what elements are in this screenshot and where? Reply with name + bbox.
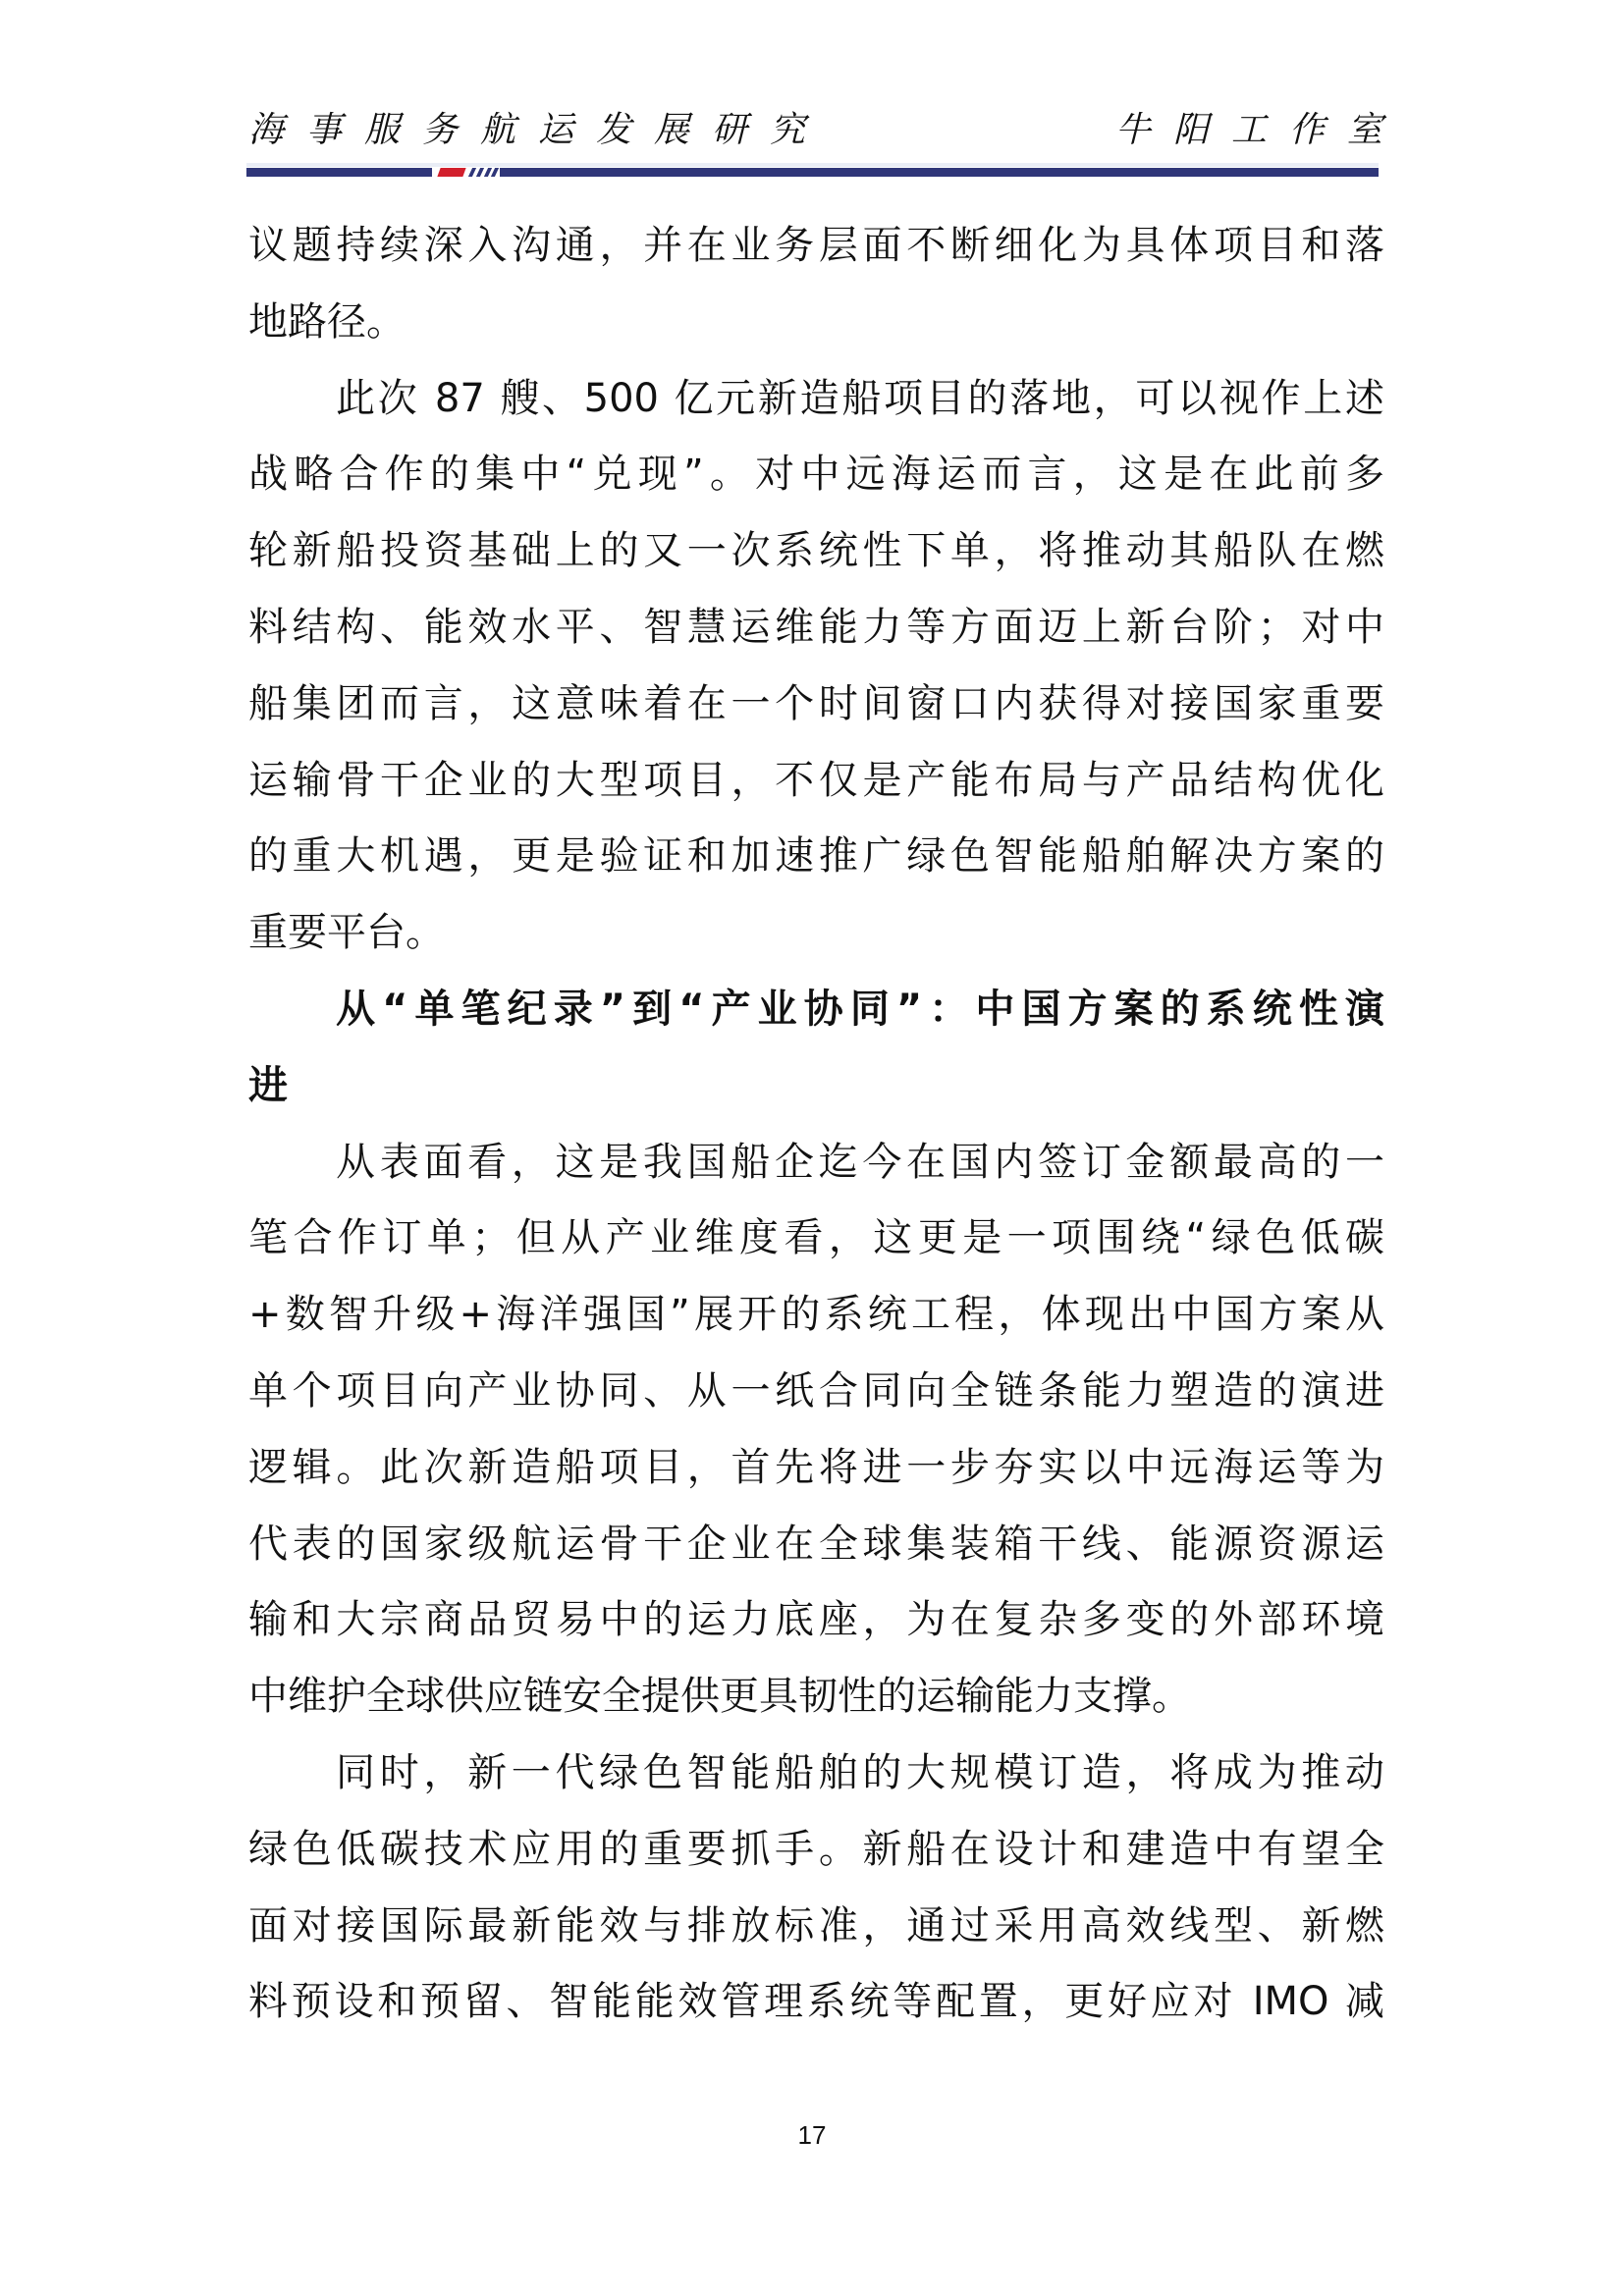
text-line: 逻辑。此次新造船项目，首先将进一步夯实以中远海运等为 xyxy=(248,1440,1384,1517)
text-line: 船集团而言，这意味着在一个时间窗口内获得对接国家重要 xyxy=(248,676,1384,753)
page-number: 17 xyxy=(0,2120,1624,2151)
text-line: +数智升级+海洋强国”展开的系统工程，体现出中国方案从 xyxy=(248,1287,1384,1363)
text-line: 料结构、能效水平、智慧运维能力等方面迈上新台阶；对中 xyxy=(248,600,1384,676)
text-line: 同时，新一代绿色智能船舶的大规模订造，将成为推动 xyxy=(248,1745,1384,1822)
divider-highlight xyxy=(246,163,1379,167)
text-line: 重要平台。 xyxy=(248,905,1384,982)
text-line: 轮新船投资基础上的又一次系统性下单，将推动其船队在燃 xyxy=(248,523,1384,600)
text-line: 此次 87 艘、500 亿元新造船项目的落地，可以视作上述 xyxy=(248,371,1384,448)
text-line: 代表的国家级航运骨干企业在全球集装箱干线、能源资源运 xyxy=(248,1517,1384,1593)
text-line: 运输骨干企业的大型项目，不仅是产能布局与产品结构优化 xyxy=(248,753,1384,829)
text-line: 面对接国际最新能效与排放标准，通过采用高效线型、新燃 xyxy=(248,1898,1384,1975)
text-line: 笔合作订单；但从产业维度看，这更是一项围绕“绿色低碳 xyxy=(248,1210,1384,1287)
text-line: 绿色低碳技术应用的重要抓手。新船在设计和建造中有望全 xyxy=(248,1822,1384,1898)
text-line: 从表面看，这是我国船企迄今在国内签订金额最高的一 xyxy=(248,1135,1384,1211)
text-line: 中维护全球供应链安全提供更具韧性的运输能力支撑。 xyxy=(248,1669,1384,1745)
text-line: 议题持续深入沟通，并在业务层面不断细化为具体项目和落 xyxy=(248,218,1384,294)
section-heading: 进 xyxy=(248,1058,1384,1135)
article-body: 议题持续深入沟通，并在业务层面不断细化为具体项目和落 地路径。 此次 87 艘、… xyxy=(248,218,1384,2051)
divider-stripe xyxy=(468,168,476,177)
divider-navy-right xyxy=(500,168,1379,177)
text-line: 的重大机遇，更是验证和加速推广绿色智能船舶解决方案的 xyxy=(248,828,1384,905)
text-line: 输和大宗商品贸易中的运力底座，为在复杂多变的外部环境 xyxy=(248,1592,1384,1669)
header-divider xyxy=(246,168,1379,177)
divider-stripe xyxy=(491,168,499,177)
publication-title: 海事服务航运发展研究 xyxy=(248,106,828,155)
studio-name: 牛阳工作室 xyxy=(1115,106,1405,155)
text-line: 地路径。 xyxy=(248,294,1384,371)
section-heading: 从“单笔纪录”到“产业协同”：中国方案的系统性演 xyxy=(248,982,1384,1058)
text-line: 战略合作的集中“兑现”。对中远海运而言，这是在此前多 xyxy=(248,447,1384,523)
text-line: 料预设和预留、智能能效管理系统等配置，更好应对 IMO 减 xyxy=(248,1974,1384,2051)
page-header: 海事服务航运发展研究 牛阳工作室 xyxy=(248,106,1382,160)
divider-stripe xyxy=(476,168,484,177)
text-line: 单个项目向产业协同、从一纸合同向全链条能力塑造的演进 xyxy=(248,1363,1384,1440)
divider-navy-left xyxy=(246,168,432,177)
divider-red-accent xyxy=(437,168,465,177)
